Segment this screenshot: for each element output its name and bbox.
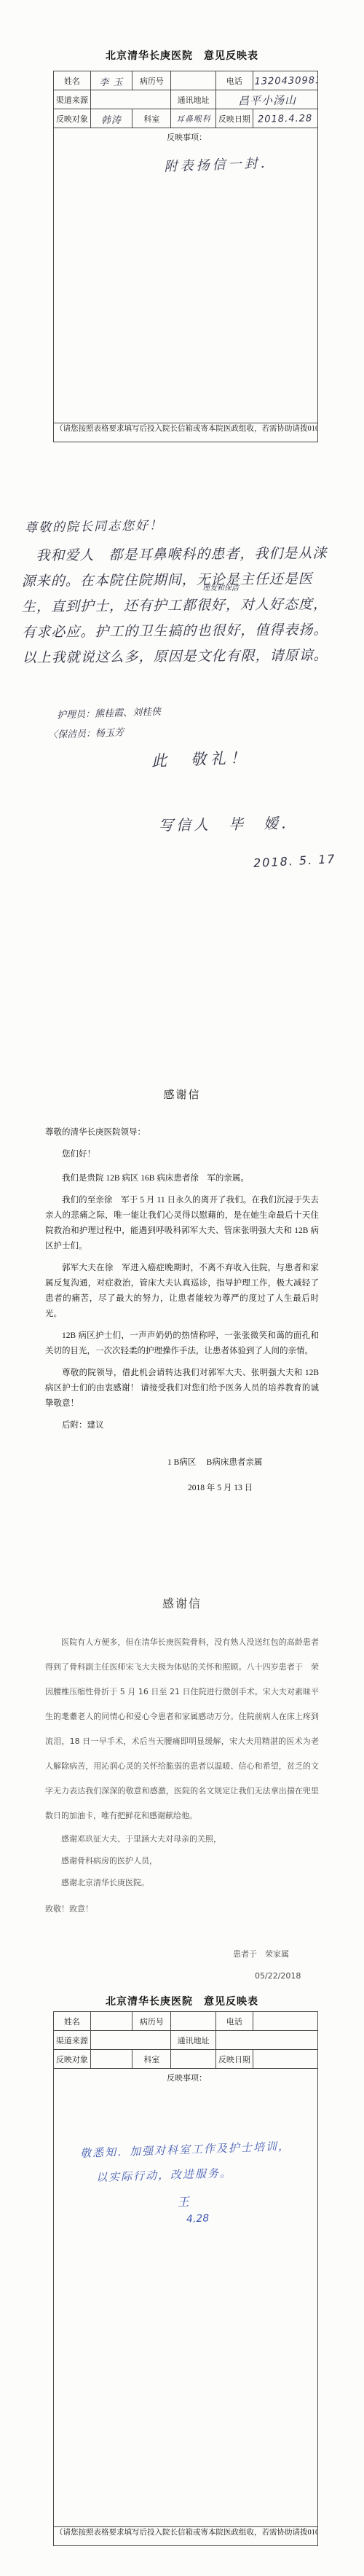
- letter1-paragraph: 我们是贵院 12B 病区 16B 病床患者徐 军的亲属。: [45, 1171, 319, 1186]
- letter2-title: 感谢信: [45, 1594, 319, 1611]
- table-row: 反映对象 韩涛 科室 耳鼻喉科 反映日期 2018.4.28: [54, 109, 318, 128]
- table-row: 反映事项： 敬悉知．加强对科室工作及护士培训， 以实际行动，改进服务。 王 4.…: [54, 2069, 318, 2527]
- form-bottom-title: 北京清华长庚医院 意见反映表: [0, 1994, 364, 2008]
- phone-value: 1320430981: [253, 71, 318, 91]
- letter-staff-line-2: 〈保洁员：杨玉芳: [48, 724, 124, 741]
- matter-label: 反映事项：: [55, 128, 316, 143]
- address-label: 通讯地址: [171, 2031, 216, 2050]
- table-row: 姓名 病历号 电话: [54, 2012, 318, 2031]
- letter1-greeting: 您们好！: [45, 1147, 319, 1162]
- matter-cell: 反映事项： 敬悉知．加强对科室工作及护士培训， 以实际行动，改进服务。 王 4.…: [54, 2069, 318, 2527]
- date-value: [253, 2049, 318, 2070]
- table-row: （请您按照表格要求填写后投入院长信箱或寄本院医政组收，若需协助请拨010-561…: [54, 423, 318, 442]
- target-value: [90, 2049, 132, 2069]
- letter1-paragraph: 尊敬的院领导，借此机会请转达我们对郭军大夫、张明强大夫和 12B 病区护士们的由…: [45, 1366, 319, 1412]
- scanned-document: 北京清华长庚医院 意见反映表 姓名 李 玉 病历号 电话 1320430981 …: [0, 0, 364, 2576]
- thank-you-letter-1: 感谢信 尊敬的清华长庚医院领导： 您们好！ 我们是贵院 12B 病区 16B 病…: [45, 1088, 319, 1496]
- dept-value: 耳鼻喉科: [170, 109, 215, 128]
- letter2-thanks-line: 感谢北京清华长庚医院。: [45, 1872, 319, 1894]
- letter1-attachment: 后附：建议: [45, 1418, 319, 1433]
- letter-inserted-note: 理发和保洁: [202, 582, 239, 592]
- letter-line: 有求必应。护工的卫生搞的也很好，值得表扬。: [22, 617, 328, 646]
- matter-label: 反映事项：: [55, 2069, 316, 2083]
- phone-label: 电话: [216, 2012, 253, 2031]
- date-value: 2018.4.28: [253, 109, 318, 129]
- letter2-thanks-line: 感谢骨科病房的医护人员，: [45, 1850, 319, 1872]
- record-label: 病历号: [132, 2012, 171, 2031]
- name-value: [90, 2011, 132, 2031]
- address-value: 昌平小汤山: [215, 89, 317, 109]
- letter1-paragraph: 我们的至亲徐 军于 5 月 11 日永久的离开了我们。在我们沉浸于失去亲人的悲痛…: [45, 1193, 319, 1254]
- letter1-signer: 1 B病区 B病床患者亲属: [45, 1455, 319, 1471]
- record-value: [170, 2011, 215, 2031]
- form-top-table: 姓名 李 玉 病历号 电话 1320430981 渠道来源 通讯地址 昌平小汤山…: [53, 71, 318, 442]
- letter2-thanks-line: 感谢邓玖征大夫、于里涵大夫对母亲的关照，: [45, 1828, 319, 1850]
- form-top-footer-note: （请您按照表格要求填写后投入院长信箱或寄本院医政组收，若需协助请拨010-561…: [54, 423, 318, 442]
- letter2-main-paragraph: 医院有人方便多，但在清华长庚医院骨科，没有熟人没送红包的高龄患者得到了骨科副主任…: [45, 1630, 319, 1828]
- record-value: [170, 71, 215, 90]
- table-row: 反映对象 科室 反映日期: [54, 2050, 318, 2069]
- form-bottom-table: 姓名 病历号 电话 渠道来源 通讯地址 反映对象 科室 反映日期 反映事项： 敬…: [53, 2011, 318, 2546]
- date-label: 反映日期: [216, 109, 253, 128]
- source-value: [90, 90, 171, 110]
- letter-date: 2018. 5. 17: [253, 852, 336, 870]
- letter2-date: 05/22/2018: [45, 1971, 319, 1981]
- reply-handwriting-line-1: 敬悉知．加强对科室工作及护士培训，: [80, 2138, 291, 2161]
- matter-cell: 反映事项： 附表扬信一封．: [54, 128, 318, 423]
- matter-handwriting: 附表扬信一封．: [124, 151, 317, 176]
- letter-body: 我和爱人 都是耳鼻喉科的患者，我们是从涞 源来的。在本院住院期间，无论是主任还是…: [21, 541, 328, 671]
- reply-date: 4.28: [186, 2212, 210, 2225]
- letter1-title: 感谢信: [45, 1088, 319, 1103]
- dept-label: 科室: [132, 2050, 171, 2069]
- table-row: 反映事项： 附表扬信一封．: [54, 128, 318, 423]
- letter1-date: 2018 年 5 月 13 日: [45, 1481, 319, 1496]
- letter-line: 生，直到护士，还有护工都很好，对人好态度，: [22, 592, 328, 620]
- letter-salutation: 尊敬的院长同志您好！: [25, 514, 163, 535]
- table-row: 渠道来源 通讯地址 昌平小汤山: [54, 90, 318, 109]
- target-label: 反映对象: [54, 2050, 91, 2069]
- record-label: 病历号: [132, 71, 171, 90]
- dept-value: [170, 2049, 215, 2069]
- letter2-signer: 患者于 荣家属: [45, 1948, 319, 1960]
- letter1-paragraph: 12B 病区护士们，一声声奶奶的热情称呼，一张张微笑和蔼的面孔和关切的目光，一次…: [45, 1328, 319, 1359]
- letter-signer: 写信人 毕 嫒．: [159, 811, 298, 834]
- table-row: （请您按照表格要求填写后投入院长信箱或寄本院医政组收，若需协助请拨010-561…: [54, 2527, 318, 2546]
- phone-label: 电话: [216, 71, 253, 90]
- letter-line: 以上我就说这么多，原因是文化有限，请原谅。: [22, 643, 328, 671]
- phone-value: [253, 2011, 318, 2032]
- reply-handwriting-line-2: 以实际行动，改进服务。: [96, 2165, 233, 2185]
- letter-line: 源来的。在本院住院期间，无论是主任还是医: [22, 566, 328, 595]
- letter-closing: 此 敬礼！: [151, 746, 250, 772]
- source-value: [90, 2030, 171, 2051]
- name-value: 李 玉: [90, 71, 132, 90]
- handwritten-letter: 尊敬的院长同志您好！ 我和爱人 都是耳鼻喉科的患者，我们是从涞 源来的。在本院住…: [20, 510, 352, 893]
- thank-you-letter-2: 感谢信 医院有人方便多，但在清华长庚医院骨科，没有熟人没送红包的高龄患者得到了骨…: [45, 1594, 319, 1981]
- address-value: [215, 2029, 317, 2050]
- source-label: 渠道来源: [54, 90, 91, 109]
- address-label: 通讯地址: [171, 90, 216, 109]
- form-top-title: 北京清华长庚医院 意见反映表: [0, 48, 364, 63]
- name-label: 姓名: [54, 71, 91, 90]
- name-label: 姓名: [54, 2012, 91, 2031]
- table-row: 姓名 李 玉 病历号 电话 1320430981: [54, 71, 318, 90]
- table-row: 渠道来源 通讯地址: [54, 2031, 318, 2050]
- letter2-closing: 致敬！致意！: [45, 1898, 319, 1920]
- letter-line: 我和爱人 都是耳鼻喉科的患者，我们是从涞: [21, 541, 327, 569]
- reply-signature: 王: [170, 2192, 199, 2209]
- source-label: 渠道来源: [54, 2031, 91, 2050]
- target-label: 反映对象: [54, 109, 91, 128]
- dept-label: 科室: [132, 109, 171, 128]
- letter-staff-line-1: 护理员：熊桂霞、刘桂侠: [57, 704, 162, 721]
- form-bottom-footer-note: （请您按照表格要求填写后投入院长信箱或寄本院医政组收，若需协助请拨010-561…: [54, 2527, 318, 2546]
- target-value: 韩涛: [90, 109, 132, 128]
- letter1-salutation: 尊敬的清华长庚医院领导：: [45, 1125, 319, 1140]
- date-label: 反映日期: [216, 2050, 253, 2069]
- letter1-paragraph: 郭军大夫在徐 军进入癌症晚期时，不离不弃收入住院，与患者和家属反复沟通，对症救治…: [45, 1261, 319, 1322]
